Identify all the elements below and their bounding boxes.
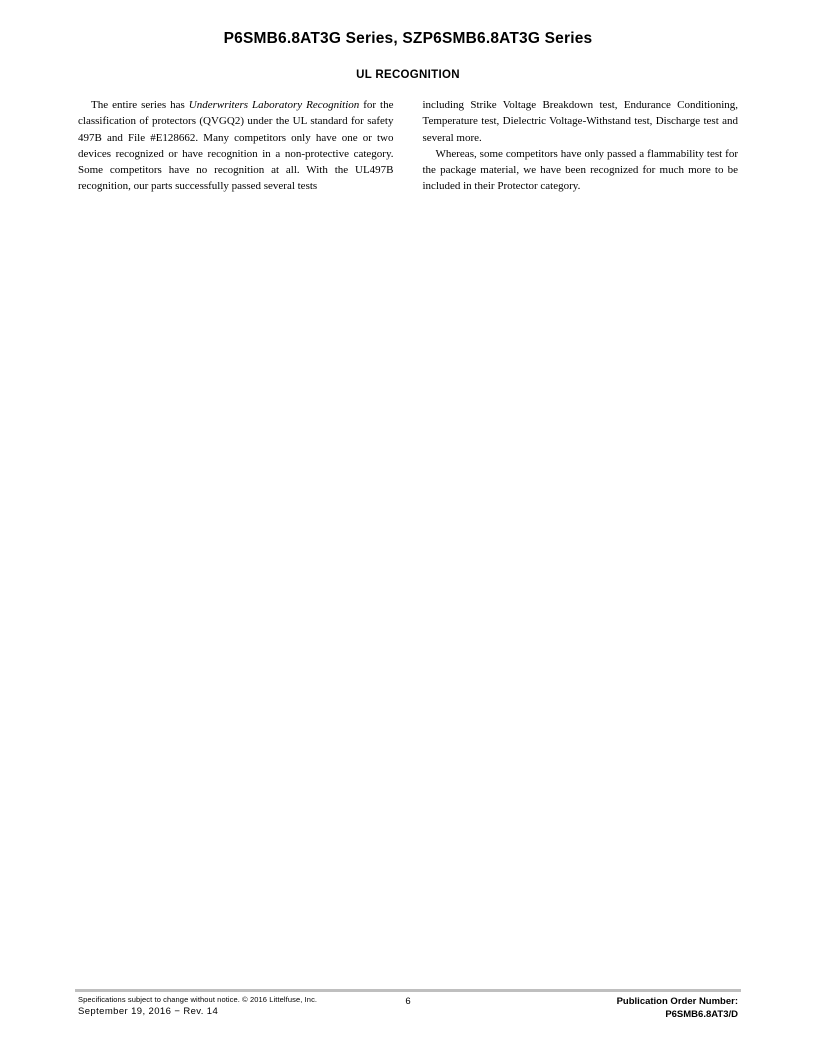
section-heading: UL RECOGNITION	[0, 69, 816, 81]
left-column-paragraph: The entire series has Underwriters Labor…	[78, 97, 394, 195]
left-paragraph-rest: for the classification of protectors (QV…	[78, 99, 394, 192]
right-column-paragraph-2: Whereas, some competitors have only pass…	[423, 146, 739, 195]
page-number: 6	[358, 995, 458, 1007]
publication-order-label: Publication Order Number:	[458, 995, 738, 1008]
datasheet-page: P6SMB6.8AT3G Series, SZP6SMB6.8AT3G Seri…	[0, 0, 816, 1056]
left-column: The entire series has Underwriters Labor…	[78, 97, 394, 195]
footer-disclaimer: Specifications subject to change without…	[78, 995, 358, 1004]
page-footer: Specifications subject to change without…	[78, 995, 738, 1021]
right-column: including Strike Voltage Breakdown test,…	[423, 97, 739, 195]
left-paragraph-italic-phrase: Underwriters Laboratory Recognition	[189, 99, 360, 111]
right-column-paragraph-1: including Strike Voltage Breakdown test,…	[423, 97, 739, 146]
footer-divider	[75, 989, 741, 992]
footer-date-revision: September 19, 2016 − Rev. 14	[78, 1006, 358, 1017]
footer-right-block: Publication Order Number: P6SMB6.8AT3/D	[458, 995, 738, 1021]
left-paragraph-prefix: The entire series has	[91, 99, 189, 111]
publication-order-number: P6SMB6.8AT3/D	[458, 1008, 738, 1021]
body-columns: The entire series has Underwriters Labor…	[78, 97, 738, 195]
footer-left-block: Specifications subject to change without…	[78, 995, 358, 1017]
page-title: P6SMB6.8AT3G Series, SZP6SMB6.8AT3G Seri…	[0, 30, 816, 48]
